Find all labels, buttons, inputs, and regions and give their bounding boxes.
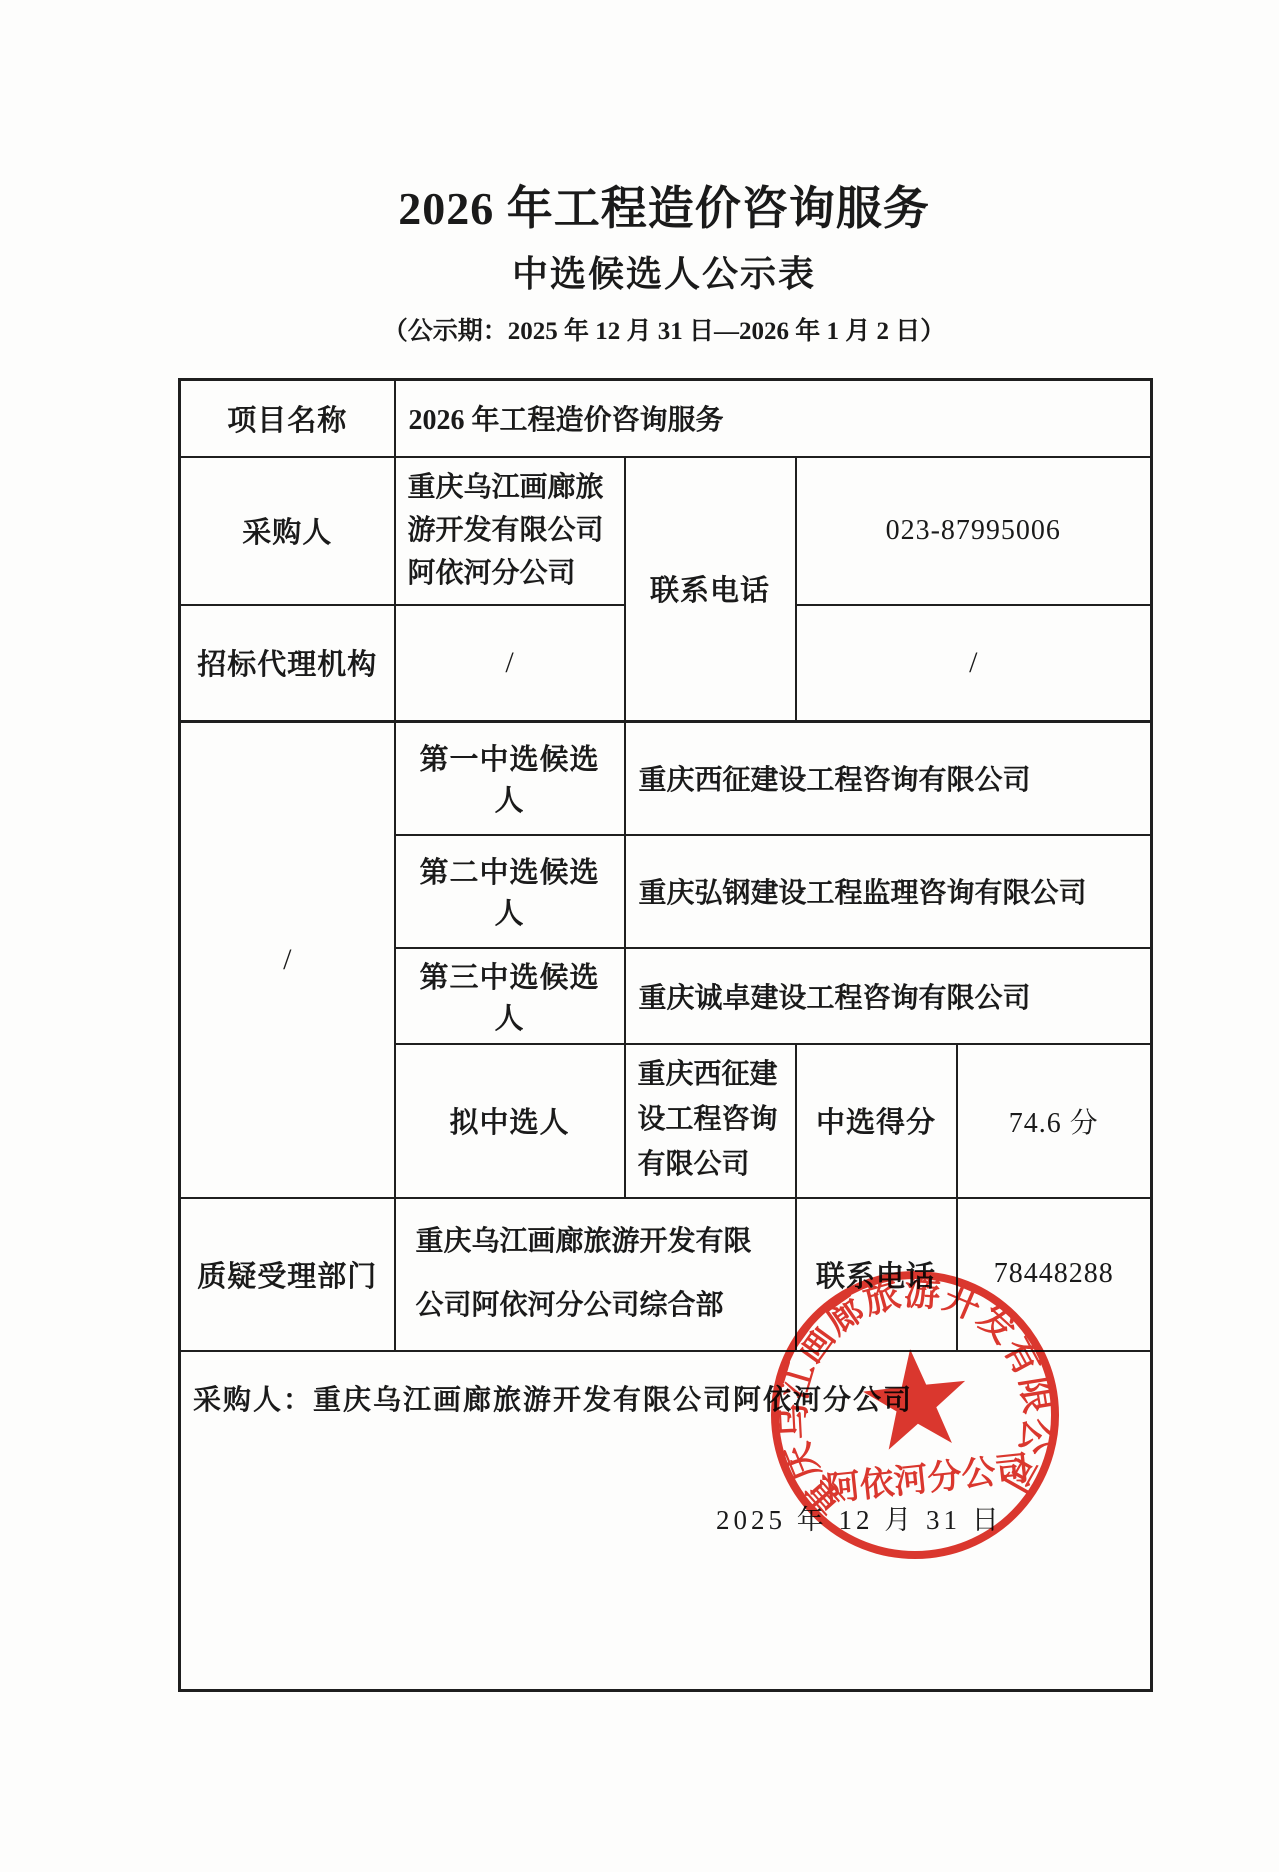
signature-purchaser-label: 采购人： bbox=[193, 1385, 313, 1416]
page-subtitle: 中选候选人公示表 bbox=[178, 246, 1150, 297]
proposed-winner-label: 拟中选人 bbox=[395, 1044, 625, 1198]
candidate-2-label: 第二中选候选人 bbox=[395, 835, 625, 948]
contact-phone-label: 联系电话 bbox=[625, 457, 796, 722]
candidate-1-value: 重庆西征建设工程咨询有限公司 bbox=[625, 722, 1152, 835]
project-value: 2026 年工程造价咨询服务 bbox=[395, 380, 1152, 457]
inquiry-label: 质疑受理部门 bbox=[180, 1198, 395, 1351]
table-row: 项目名称 2026 年工程造价咨询服务 bbox=[180, 380, 1152, 457]
inquiry-value: 重庆乌江画廊旅游开发有限公司阿依河分公司综合部 bbox=[395, 1198, 796, 1351]
proposed-winner-value: 重庆西征建设工程咨询有限公司 bbox=[625, 1044, 796, 1198]
seal-branch-text: 阿依河分公司 bbox=[824, 1449, 1031, 1508]
candidate-3-label: 第三中选候选人 bbox=[395, 948, 625, 1044]
purchaser-phone-value: 023-87995006 bbox=[796, 457, 1152, 605]
project-label: 项目名称 bbox=[180, 380, 395, 457]
score-label: 中选得分 bbox=[796, 1044, 957, 1198]
table-row: / 第一中选候选人 重庆西征建设工程咨询有限公司 bbox=[180, 722, 1152, 835]
purchaser-value: 重庆乌江画廊旅游开发有限公司阿依河分公司 bbox=[395, 457, 625, 605]
doc-header: 2026 年工程造价咨询服务 中选候选人公示表 （公示期：2025 年 12 月… bbox=[178, 0, 1150, 347]
doc-page: 2026 年工程造价咨询服务 中选候选人公示表 （公示期：2025 年 12 月… bbox=[0, 0, 1279, 1872]
notice-period: （公示期：2025 年 12 月 31 日—2026 年 1 月 2 日） bbox=[178, 311, 1150, 347]
candidate-1-label: 第一中选候选人 bbox=[395, 722, 625, 835]
table-row: 采购人 重庆乌江画廊旅游开发有限公司阿依河分公司 联系电话 023-879950… bbox=[180, 457, 1152, 605]
company-seal: 重庆乌江画廊旅游开发有限公司 阿依河分公司 bbox=[737, 1237, 1093, 1593]
page-title: 2026 年工程造价咨询服务 bbox=[178, 172, 1150, 238]
purchaser-label: 采购人 bbox=[180, 457, 395, 605]
candidate-2-value: 重庆弘钢建设工程监理咨询有限公司 bbox=[625, 835, 1152, 948]
agency-value: / bbox=[395, 605, 625, 722]
agency-phone-value: / bbox=[796, 605, 1152, 722]
candidate-3-value: 重庆诚卓建设工程咨询有限公司 bbox=[625, 948, 1152, 1044]
score-value: 74.6 分 bbox=[957, 1044, 1152, 1198]
seal-star-icon bbox=[859, 1344, 971, 1452]
company-seal-graphic: 重庆乌江画廊旅游开发有限公司 阿依河分公司 bbox=[737, 1237, 1093, 1593]
candidates-slash-cell: / bbox=[180, 722, 395, 1198]
agency-label: 招标代理机构 bbox=[180, 605, 395, 722]
